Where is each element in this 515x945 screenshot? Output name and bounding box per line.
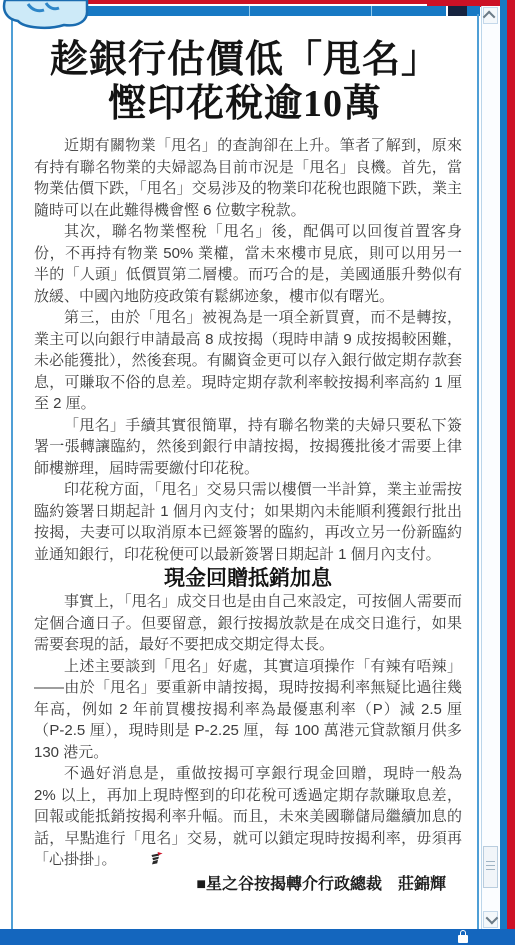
top-blue-bar <box>84 6 480 16</box>
article-title-line2: 慳印花稅逾10萬 <box>13 82 477 126</box>
top-bar-divider <box>249 6 250 16</box>
lock-icon <box>458 935 468 943</box>
scroll-down-button[interactable] <box>483 911 498 928</box>
paragraph: 「甩名」手續其實很簡單，持有聯名物業的夫婦只要私下簽署一張轉讓臨約，然後到銀行申… <box>34 415 462 480</box>
top-bar-divider <box>371 6 372 16</box>
chevron-down-icon <box>486 912 499 925</box>
cloud-icon <box>2 0 90 37</box>
article-body: 近期有關物業「甩名」的查詢卻在上升。筆者了解到，原來有持有聯名物業的夫婦認為目前… <box>13 135 477 895</box>
paragraph: 上述主要談到「甩名」好處，其實這項操作「有辣有唔辣」——由於「甩名」要重新申請按… <box>34 656 462 764</box>
paragraph: 事實上，「甩名」成交日也是由自己來設定，可按個人需要而定個合適日子。但要留意，銀… <box>34 591 462 656</box>
article-byline: ■星之谷按揭轉介行政總裁 莊錦輝 <box>34 874 462 896</box>
right-blue-strip <box>500 0 507 945</box>
scrollbar-grip-icon <box>486 861 495 873</box>
scroll-up-button[interactable] <box>483 7 498 24</box>
top-red-line <box>55 0 447 4</box>
paragraph-text: 不過好消息是，重做按揭可享銀行現金回贈，現時一般為 2% 以上，再加上現時慳到的… <box>34 765 462 868</box>
top-bar-dark-segment <box>446 6 467 16</box>
chevron-up-icon <box>483 11 496 24</box>
article-title: 趁銀行估價低「甩名」 慳印花稅逾10萬 <box>13 38 477 126</box>
article-frame-right <box>477 14 479 929</box>
vertical-scrollbar[interactable] <box>481 6 500 929</box>
article-end-mark-icon <box>119 850 163 872</box>
paragraph: 其次，聯名物業慳稅「甩名」後，配偶可以回復首置客身份，不再持有物業 50% 業權… <box>34 221 462 307</box>
article: 趁銀行估價低「甩名」 慳印花稅逾10萬 近期有關物業「甩名」的查詢卻在上升。筆者… <box>13 16 477 926</box>
right-red-strip <box>507 0 515 945</box>
scrollbar-thumb[interactable] <box>483 846 498 888</box>
paragraph: 第三，由於「甩名」被視為是一項全新買賣，而不是轉按，業主可以向銀行申請最高 8 … <box>34 307 462 415</box>
section-subheading: 現金回贈抵銷加息 <box>34 565 462 591</box>
paragraph: 印花稅方面，「甩名」交易只需以樓價一半計算，業主並需按臨約簽署日期起計 1 個月… <box>34 479 462 565</box>
paragraph: 近期有關物業「甩名」的查詢卻在上升。筆者了解到，原來有持有聯名物業的夫婦認為目前… <box>34 135 462 221</box>
paragraph: 不過好消息是，重做按揭可享銀行現金回贈，現時一般為 2% 以上，再加上現時慳到的… <box>34 763 462 872</box>
article-title-line1: 趁銀行估價低「甩名」 <box>13 38 477 82</box>
bottom-status-bar <box>0 929 515 945</box>
